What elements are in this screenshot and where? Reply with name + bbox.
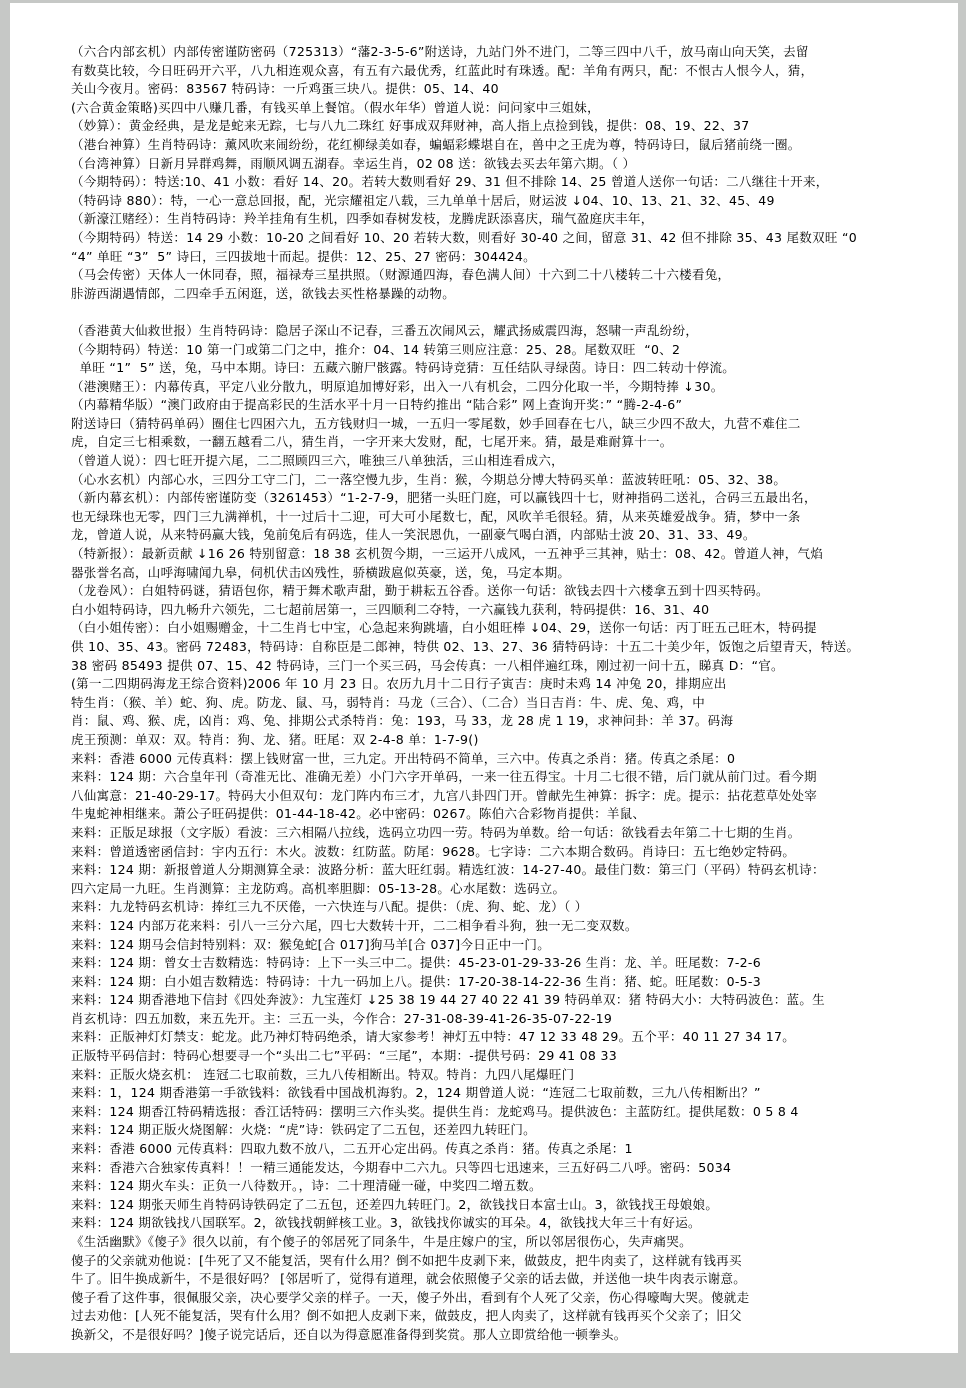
- text-line: 牛了。旧牛换成新牛，不是很好吗？ [邻居听了，觉得有道理，就会依照傻子父亲的话去…: [71, 1270, 918, 1289]
- text-line: （香港黄大仙救世报）生肖特码诗：隐居子深山不记春，三番五次闹风云，耀武扬威震四海…: [71, 322, 918, 341]
- text-line: 来料：正版火烧玄机： 连冠二七取前数，三九八传相断出。特双。特肖：九四八尾爆旺门: [71, 1066, 918, 1085]
- text-line: 来料：124 期张天师生肖特码诗铁码定了二五包，还差四九转旺门。2，欲钱找日本富…: [71, 1196, 918, 1215]
- text-line: 肖：鼠、鸡、猴、虎，凶肖：鸡、兔、排期公式杀特肖：兔：193，马 33，龙 28…: [71, 712, 918, 731]
- text-line: 来料：124 期香江特码精选报：香江话特码：摆明三六作头奖。提供生肖：龙蛇鸡马。…: [71, 1103, 918, 1122]
- text-line: 牛鬼蛇神相继来。萧公子旺码提供：01-44-18-42。必中密码：0267。陈伯…: [71, 805, 918, 824]
- text-line: 器张誉名高，山呼海啸闻九皋，伺机伏击凶残性，骄横跋扈似英豪，送，兔，马定本期。: [71, 564, 918, 583]
- text-line: [71, 303, 918, 322]
- text-line: 《生活幽默》《傻子》很久以前，有个傻子的邻居死了同条牛，牛是庄嫁户的宝，所以邻居…: [71, 1233, 918, 1252]
- text-line: 虎王预测：单双：双。特肖：狗、龙、猪。旺尾：双 2-4-8 单：1-7-9(): [71, 731, 918, 750]
- text-line: 来料：香港 6000 元传真料：摆上钱财富一世，三九定。开出特码不简单，三六中。…: [71, 750, 918, 769]
- text-line: 八仙寓意：21-40-29-17。特码大小但双句：龙门阵内布三才，九宫八卦四门开…: [71, 787, 918, 806]
- text-line: （台湾神算）日新月异群鸡舞，雨顺风调五湖春。幸运生肖，02 08 送：欲钱去买去…: [71, 155, 918, 174]
- text-line: （港台神算）生肖特码诗：薰风吹来闹纷纷，花红柳绿美如春，蝙蝠彩蝶堪自在，兽中之王…: [71, 136, 918, 155]
- text-line: （白小姐传密）：白小姐赐赠金，十二生肖七中宝，心急起来狗跳墙，白小姐旺棒 ↓04…: [71, 619, 918, 638]
- text-line: 虎，自定三七相乘数，一翻五越看二八，猜生肖，一字开来大发财，配，七尾开来。猜，最…: [71, 433, 918, 452]
- text-line: 附送诗曰（猜特码单码）圈住七四困六九，五方钱财归一城，一五归一零尾数，妙手回春在…: [71, 415, 918, 434]
- document-page: （六合内部玄机）内部传密谨防密码（725313）“藩2-3-5-6”附送诗，九站…: [10, 3, 958, 1353]
- text-line: （内幕精华版）“澳门政府由于提高彩民的生活水平十月一日特约推出 “陆合彩” 网上…: [71, 396, 918, 415]
- text-line: （特码诗 880）：特，一心一意总回报，配，光宗耀祖定八载，三九单单十居后，财运…: [71, 192, 918, 211]
- text-line: 来料：香港六合独家传真料！！一精三通能发达，今期春中二六九。只等四七迅速来，三五…: [71, 1159, 918, 1178]
- text-line: 傻子的父亲就劝他说：[牛死了又不能复活，哭有什么用？倒不如把牛皮剥下来，做鼓皮，…: [71, 1252, 918, 1271]
- text-line: 来料：124 期：新报曾道人分期测算全录：波路分析：蓝大旺红弱。精选红波：14-…: [71, 861, 918, 880]
- text-line: （今期特码）特送：10 第一门或第二门之中，推介：04、14 转第三则应注意：2…: [71, 341, 918, 360]
- text-line: 来料：正版足球报（文字版）看波：三六相隔八拉线，选码立功四一劳。特码为单数。给一…: [71, 824, 918, 843]
- text-line: 肖玄机诗：四五加数，来五先开。主：三五一头，今作合：27-31-08-39-41…: [71, 1010, 918, 1029]
- text-line: （马会传密）天体人一休同春，照，福禄寿三星拱照。（财源通四海，春色满人间）十六到…: [71, 266, 918, 285]
- text-line: （曾道人说）：四七旺开提六尾，二二照顾四三六，唯独三八单独活，三山相连看成六，: [71, 452, 918, 471]
- text-line: 来料：124 期：六合皇年刊（奇准无比、准确无差）小门六字开单码，一来一往五得宝…: [71, 768, 918, 787]
- text-line: （特新报）：最新贡献 ↓16 26 特别留意：18 38 玄机贺今期，一三运开八…: [71, 545, 918, 564]
- text-line: 来料：124 期正版火烧图解：火烧：“虎”诗：铁码定了二五包，还差四九转旺门。: [71, 1121, 918, 1140]
- text-line: （港澳赌王）：内幕传真，平定八业分散九，明原追加博好彩，出入一八有机会，二四分化…: [71, 378, 918, 397]
- text-line: 特生肖：（猴、羊）蛇、狗、虎。防龙、鼠、马，弱特肖：马龙（三合）、（二合）当日吉…: [71, 694, 918, 713]
- text-line: 供 10、35、43。密码 72483，特码诗：自称臣是二郎神，特供 02、13…: [71, 638, 918, 657]
- text-line: 来料：124 期香港地下信封《四处奔波》：九宝莲灯 ↓25 38 19 44 2…: [71, 991, 918, 1010]
- text-line: 来料：1，124 期香港第一手欲钱料：欲钱看中国战机海豹。2，124 期曾道人说…: [71, 1084, 918, 1103]
- text-line: （今期特码）：特送:10、41 小数：看好 14、20。若转大数则看好 29、3…: [71, 173, 918, 192]
- text-line: 来料：124 内部万花来料：引八一三分六尾，四七大数转十开，二二相争看斗狗，独一…: [71, 917, 918, 936]
- text-line: 单旺 “1” 5” 送，兔，马中本期。诗曰：五藏六腑尸骸露。特码诗竞猜：互任结队…: [71, 359, 918, 378]
- text-line: 有数莫比较，今日旺码开六平，八九相连观众喜，有五有六最优秀，红蓝此时有珠透。配：…: [71, 62, 918, 81]
- text-line: 38 密码 85493 提供 07、15、42 特码诗，三门一个买三码，马会传真…: [71, 657, 918, 676]
- text-line: 换新父，不是很好吗？]傻子说完话后，还自以为得意愿准备得到奖赏。那人立即赏给他一…: [71, 1326, 918, 1345]
- text-line: 白小姐特码诗，四九畅升六领先，二七超前居第一，三四顺利二夺特，一六赢钱九获利，特…: [71, 601, 918, 620]
- text-line: 来料：香港 6000 元传真料：四取九数不放八，二五开心定出码。传真之杀肖：猪。…: [71, 1140, 918, 1159]
- text-line: 来料：九龙特码玄机诗：捧红三九不厌倦，一六快连与八配。提供：（虎、狗、蛇、龙）（…: [71, 898, 918, 917]
- text-line: （龙卷风）：白姐特码谜，猜语包你，精于舞术歌声甜，勤于耕耘五谷香。送你一句话：欲…: [71, 582, 918, 601]
- text-line: (第一二四期码海龙王综合资料)2006 年 10 月 23 日。农历九月十二日行…: [71, 675, 918, 694]
- text-line: （六合内部玄机）内部传密谨防密码（725313）“藩2-3-5-6”附送诗，九站…: [71, 43, 918, 62]
- text-line: （今期特码）特送：14 29 小数：10-20 之间看好 10、20 若转大数，…: [71, 229, 918, 248]
- text-line: 来料：124 期火车头：正负一八待数开。，诗：二十理清碰一碰，中奖四二增五数。: [71, 1177, 918, 1196]
- text-line: 过去劝他：[人死不能复活，哭有什么用？倒不如把人皮剥下来，做鼓皮，把人肉卖了，这…: [71, 1307, 918, 1326]
- text-line: 来料：曾道透密函信封：宇内五行：木火。波数：红防蓝。防尾：9628。七字诗：二六…: [71, 843, 918, 862]
- document-body: （六合内部玄机）内部传密谨防密码（725313）“藩2-3-5-6”附送诗，九站…: [10, 3, 958, 1345]
- text-line: 傻子看了这件事，很佩服父亲，决心要学父亲的样子。一天，傻子外出，看到有个人死了父…: [71, 1289, 918, 1308]
- text-line: 关山今夜月。密码：83567 特码诗：一斤鸡蛋三块八。提供：05、14、40: [71, 80, 918, 99]
- text-line: 来料：正版神灯灯禁支：蛇龙。此乃神灯特码绝杀，请大家参考！神灯五中特：47 12…: [71, 1028, 918, 1047]
- text-line: 也无绿珠也无零，四门三九满禅机，十一过后十二迎，可大可小尾数七，配，风吹羊毛很轻…: [71, 508, 918, 527]
- text-line: 胩游西湖遇情郎，二四牵手五闲逛，送，欲钱去买性格暴躁的动物。: [71, 285, 918, 304]
- text-line: 来料：124 期马会信封特别料：双：猴兔蛇[合 017]狗马羊[合 037]今日…: [71, 936, 918, 955]
- text-line: “4” 单旺 “3” 5” 诗曰，三四拔地十而起。提供：12、25、27 密码：…: [71, 248, 918, 267]
- text-line: 龙，曾道人说，从来特码赢大钱，兔前兔后有码选，佳人一笑泯恩仇，一副豪气喝白酒，内…: [71, 526, 918, 545]
- text-line: (六合黄金策略)买四中八赚几番，有钱买单上餐馆。（假水年华）曾道人说：问问家中三…: [71, 99, 918, 118]
- text-line: 来料：124 期欲钱找八国联军。2，欲钱找朝鲜核工业。3，欲钱找你诚实的耳朵。4…: [71, 1214, 918, 1233]
- text-line: 来料：124 期：白小姐吉数精选：特码诗：十九一码加上八。提供：17-20-38…: [71, 973, 918, 992]
- text-line: （妙算）：黄金经典，是龙是蛇来无踪，七与八九二珠红 好事成双拜财神，高人指上点捡…: [71, 117, 918, 136]
- text-line: （新内幕玄机）：内部传密谨防变（3261453）“1-2-7-9，肥猪一头旺门庭…: [71, 489, 918, 508]
- text-line: 正版特平码信封：特码心想要寻一个“头出二七”平码：“三尾”，本期：-提供号码：2…: [71, 1047, 918, 1066]
- text-line: （新濠江赌经）：生肖特码诗：羚羊挂角有生机，四季如春树发枝，龙腾虎跃添喜庆，瑞气…: [71, 210, 918, 229]
- text-line: 四六定局一九旺。生肖测算：主龙防鸡。高机率胆脚：05-13-28。心水尾数：选码…: [71, 880, 918, 899]
- text-line: （心水玄机）内部心水，三四分工守二门，二一落空慢九步，生肖：猴，今期总分博大特码…: [71, 471, 918, 490]
- text-line: 来料：124 期：曾女士吉数精选：特码诗：上下一头三中二。提供：45-23-01…: [71, 954, 918, 973]
